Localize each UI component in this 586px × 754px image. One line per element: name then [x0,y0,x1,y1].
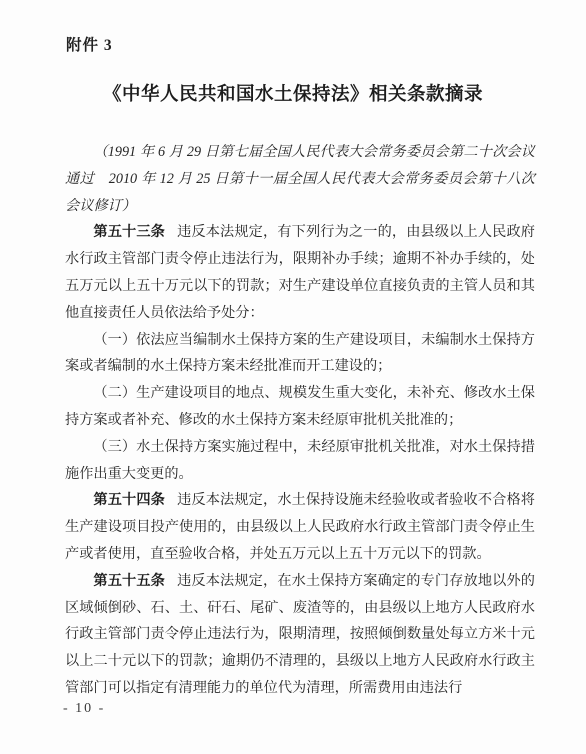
article-54: 第五十四条违反本法规定，水土保持设施未经验收或者验收不合格将生产建设项目投产使用… [65,487,535,567]
article-53-item-2-text: （二）生产建设项目的地点、规模发生重大变化，未补充、修改水土保持方案或者补充、修… [65,385,535,428]
article-53-item-3: （三）水土保持方案实施过程中，未经原审批机关批准，对水土保持措施作出重大变更的。 [65,434,535,488]
article-54-number: 第五十四条 [93,492,165,508]
article-53: 第五十三条违反本法规定，有下列行为之一的，由县级以上人民政府水行政主管部门责令停… [65,219,535,326]
article-53-item-2: （二）生产建设项目的地点、规模发生重大变化，未补充、修改水土保持方案或者补充、修… [65,380,535,434]
attachment-label: 附件 3 [66,33,113,55]
adoption-revision-note: （1991 年 6 月 29 日第七届全国人民代表大会常务委员会第二十次会议通过… [65,139,535,219]
article-53-item-1: （一）依法应当编制水土保持方案的生产建设项目，未编制水土保持方案或者编制的水土保… [65,327,535,381]
scanned-document-page: 附件 3 《中华人民共和国水土保持法》相关条款摘录 （1991 年 6 月 29… [0,0,586,754]
article-53-number: 第五十三条 [93,224,165,240]
article-55-number: 第五十五条 [93,573,165,589]
article-53-item-1-text: （一）依法应当编制水土保持方案的生产建设项目，未编制水土保持方案或者编制的水土保… [65,332,535,375]
article-55: 第五十五条违反本法规定，在水土保持方案确定的专门存放地以外的区域倾倒砂、石、土、… [65,568,535,702]
document-title: 《中华人民共和国水土保持法》相关条款摘录 [0,80,586,106]
article-55-text: 违反本法规定，在水土保持方案确定的专门存放地以外的区域倾倒砂、石、土、矸石、尾矿… [65,573,535,696]
document-body: （1991 年 6 月 29 日第七届全国人民代表大会常务委员会第二十次会议通过… [65,139,535,702]
article-53-item-3-text: （三）水土保持方案实施过程中，未经原审批机关批准，对水土保持措施作出重大变更的。 [65,439,535,482]
page-number: - 10 - [63,701,105,717]
